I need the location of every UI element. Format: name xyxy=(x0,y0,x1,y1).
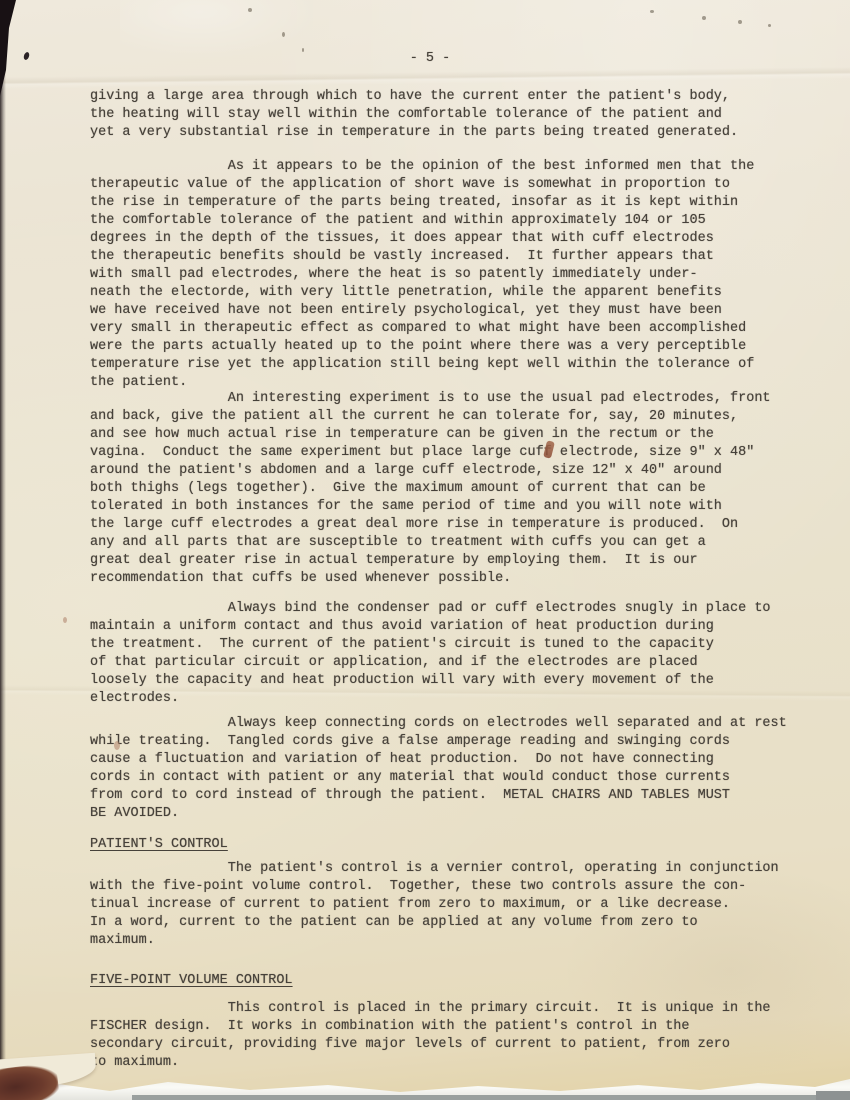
paper-speck xyxy=(768,24,771,27)
paragraph-connecting-cords: Always keep connecting cords on electrod… xyxy=(90,715,810,823)
scanned-document-page: - 5 - giving a large area through which … xyxy=(0,0,850,1100)
ink-stain xyxy=(63,617,67,623)
page-number: - 5 - xyxy=(90,50,770,68)
paragraph-intro: giving a large area through which to hav… xyxy=(90,88,810,142)
paper-speck xyxy=(650,10,654,13)
paragraph-patients-control: The patient's control is a vernier contr… xyxy=(90,860,810,950)
paper-speck xyxy=(248,8,252,12)
paper-sheet: - 5 - giving a large area through which … xyxy=(0,0,850,1094)
paper-speck xyxy=(282,32,285,37)
typewritten-text: - 5 - giving a large area through which … xyxy=(90,50,810,1072)
paragraph-experiment: An interesting experiment is to use the … xyxy=(90,390,810,588)
section-heading-patients-control: PATIENT'S CONTROL xyxy=(90,836,810,854)
scan-edge-left xyxy=(0,0,6,1088)
scanner-edge-shadow xyxy=(132,1095,850,1100)
scanner-edge-corner xyxy=(816,1091,850,1100)
paper-speck xyxy=(738,20,742,24)
paragraph-therapeutic-value: As it appears to be the opinion of the b… xyxy=(90,158,810,392)
paragraph-five-point-volume-control: This control is placed in the primary ci… xyxy=(90,1000,810,1072)
corner-stain xyxy=(0,1062,60,1100)
section-heading-five-point-volume-control: FIVE-POINT VOLUME CONTROL xyxy=(90,972,810,990)
paragraph-bind-electrodes: Always bind the condenser pad or cuff el… xyxy=(90,600,810,708)
ink-stain xyxy=(114,741,120,750)
paper-speck xyxy=(702,16,706,20)
